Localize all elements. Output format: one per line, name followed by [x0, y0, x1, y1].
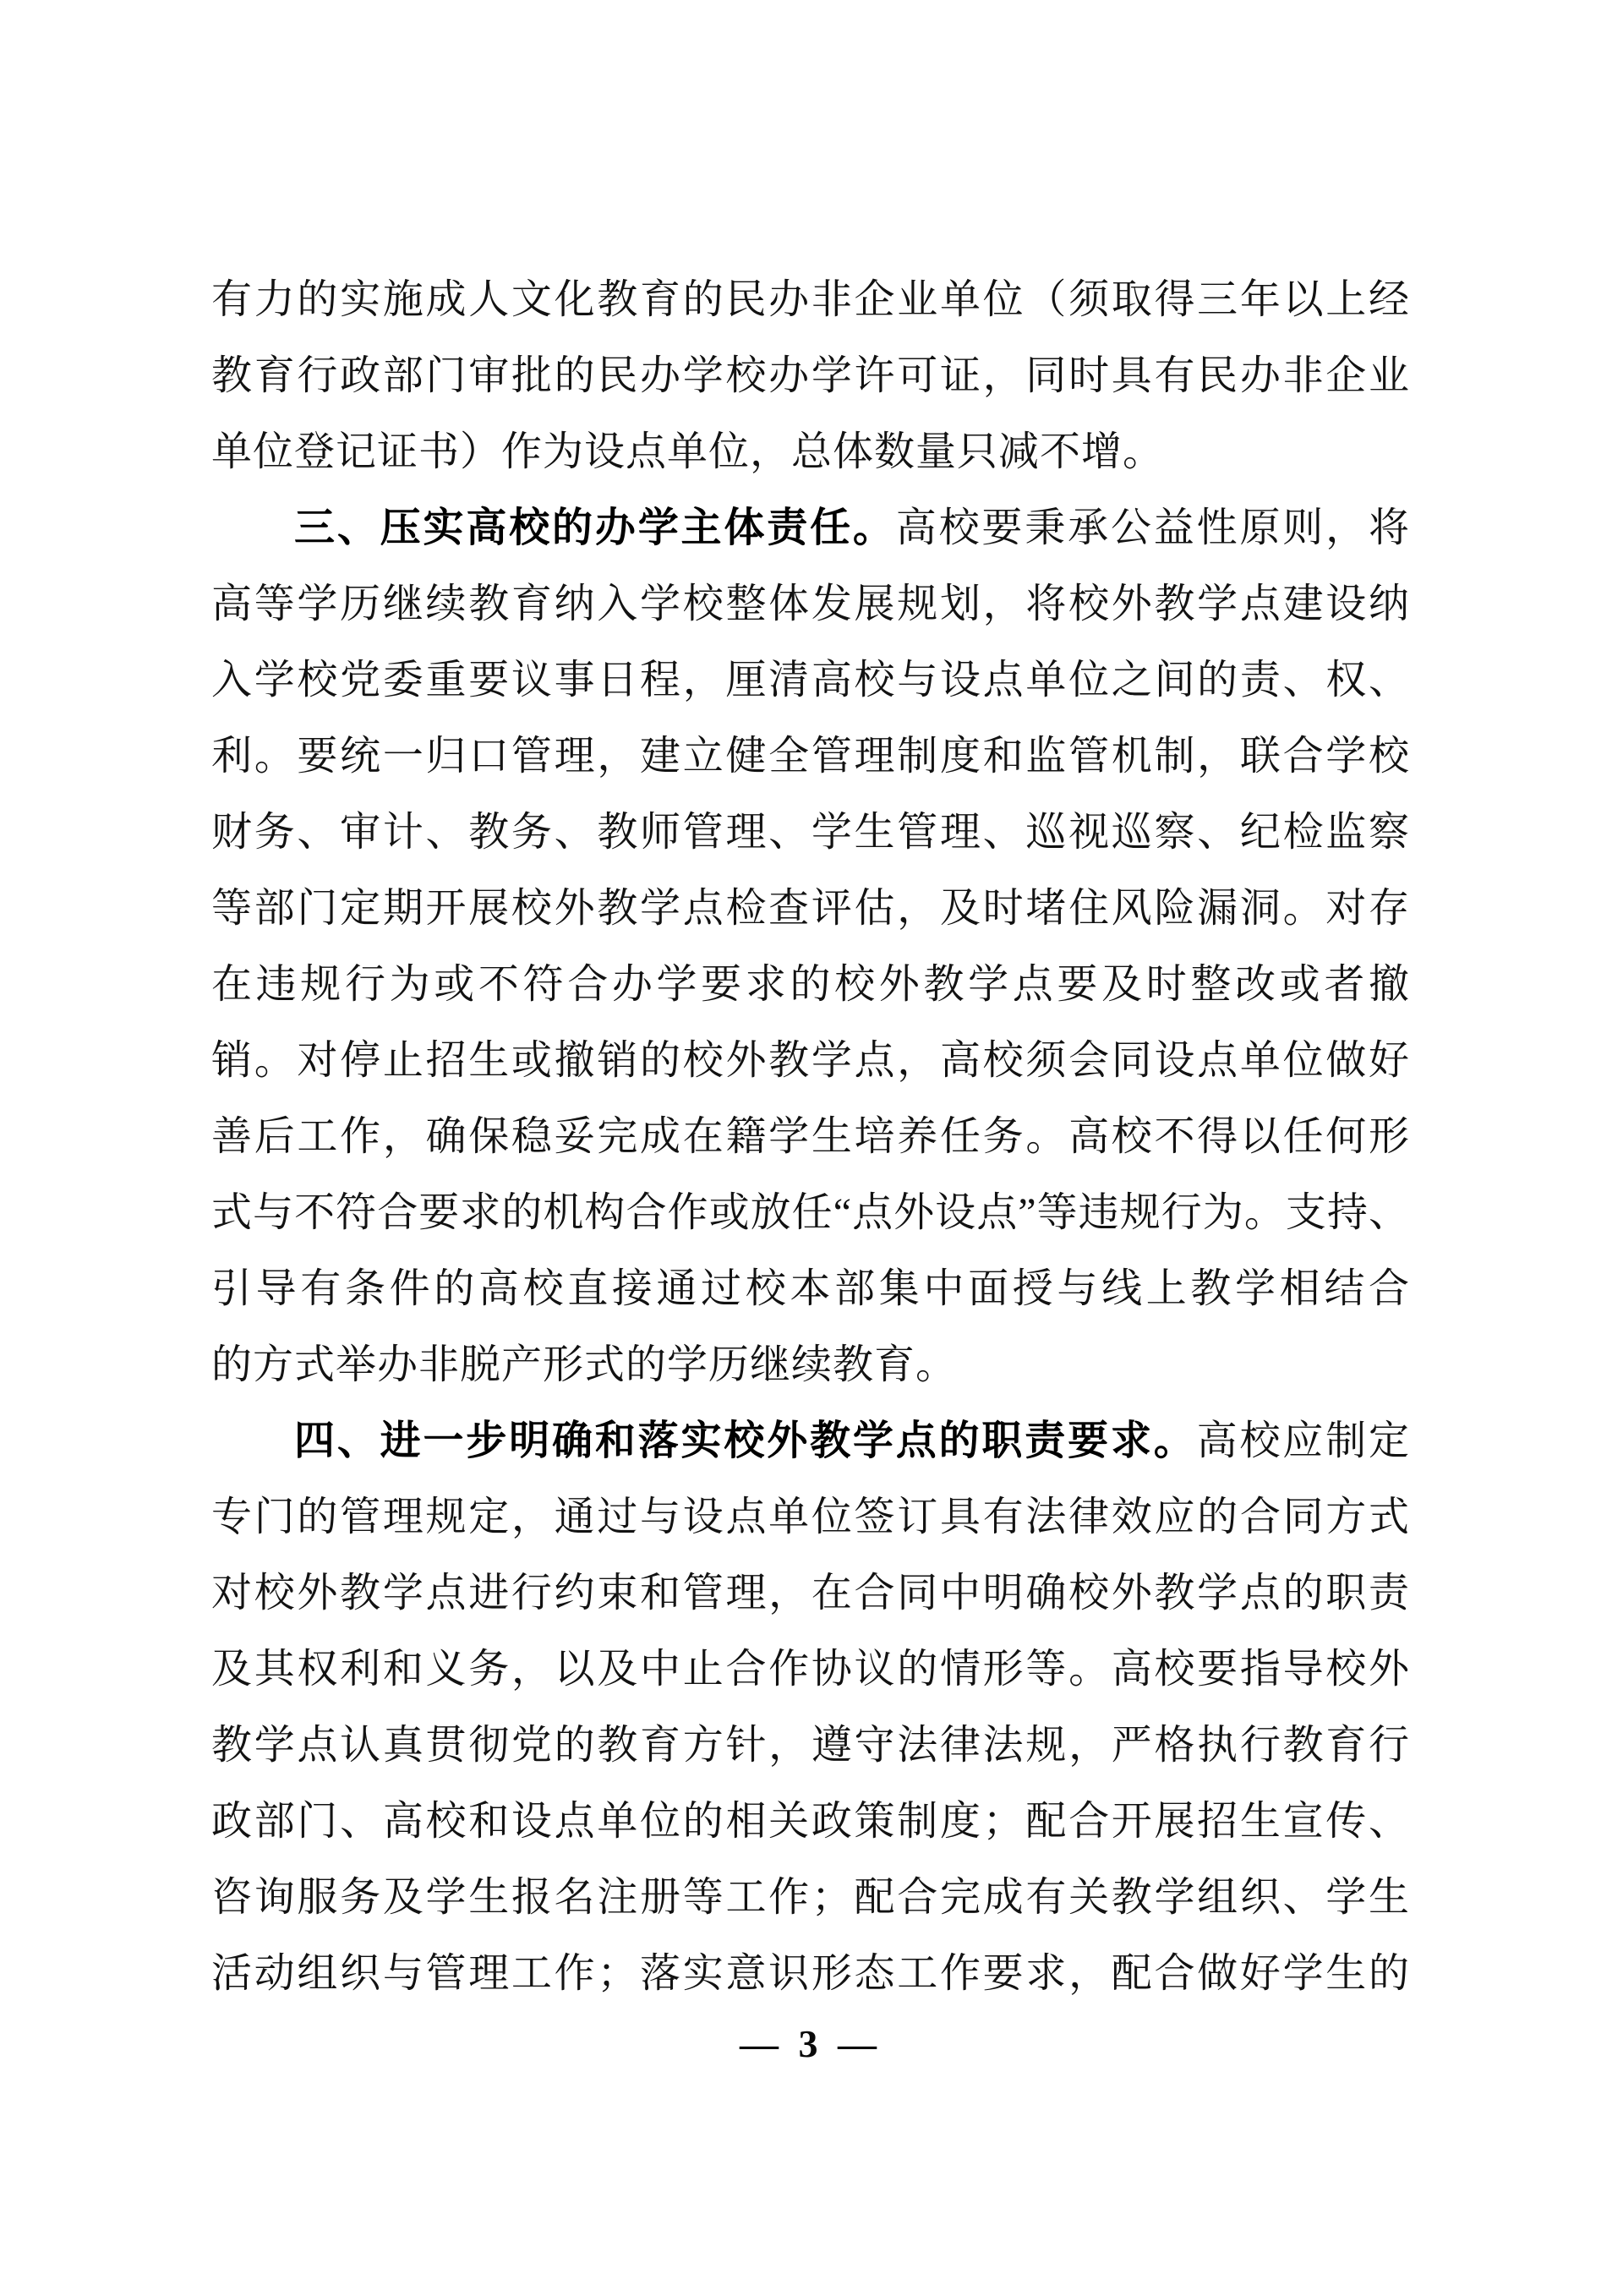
- text-line: 式与不符合要求的机构合作或放任“点外设点”等违规行为。支持、: [211, 1175, 1410, 1251]
- text-line: 入学校党委重要议事日程，厘清高校与设点单位之间的责、权、: [211, 642, 1410, 719]
- text-line-section-4: 四、进一步明确和落实校外教学点的职责要求。高校应制定: [211, 1403, 1410, 1479]
- text-line: 咨询服务及学生报名注册等工作；配合完成有关教学组织、学生: [211, 1860, 1410, 1936]
- text-line: 引导有条件的高校直接通过校本部集中面授与线上教学相结合: [211, 1251, 1410, 1327]
- document-body: 有力的实施成人文化教育的民办非企业单位（须取得三年以上经 教育行政部门审批的民办…: [211, 262, 1410, 2012]
- text-line: 高等学历继续教育纳入学校整体发展规划，将校外教学点建设纳: [211, 566, 1410, 642]
- page-number-footer: — 3 —: [211, 2019, 1410, 2069]
- document-page: 有力的实施成人文化教育的民办非企业单位（须取得三年以上经 教育行政部门审批的民办…: [0, 0, 1623, 2296]
- text-line: 利。要统一归口管理，建立健全管理制度和监管机制，联合学校: [211, 719, 1410, 795]
- text-line: 的方式举办非脱产形式的学历继续教育。: [211, 1327, 1410, 1403]
- text-line: 善后工作，确保稳妥完成在籍学生培养任务。高校不得以任何形: [211, 1099, 1410, 1175]
- text-line: 专门的管理规定，通过与设点单位签订具有法律效应的合同方式: [211, 1479, 1410, 1555]
- section-body-start: 高校应制定: [1197, 1419, 1410, 1463]
- text-line: 活动组织与管理工作；落实意识形态工作要求，配合做好学生的: [211, 1936, 1410, 2012]
- section-heading: 三、压实高校的办学主体责任。: [294, 506, 896, 550]
- text-line: 销。对停止招生或撤销的校外教学点，高校须会同设点单位做好: [211, 1023, 1410, 1099]
- section-heading: 四、进一步明确和落实校外教学点的职责要求。: [294, 1419, 1197, 1463]
- text-line: 财务、审计、教务、教师管理、学生管理、巡视巡察、纪检监察: [211, 795, 1410, 871]
- text-line: 教育行政部门审批的民办学校办学许可证，同时具有民办非企业: [211, 338, 1410, 414]
- section-body-start: 高校要秉承公益性原则，将: [896, 506, 1410, 550]
- text-line: 在违规行为或不符合办学要求的校外教学点要及时整改或者撤: [211, 947, 1410, 1023]
- text-line: 教学点认真贯彻党的教育方针，遵守法律法规，严格执行教育行: [211, 1708, 1410, 1784]
- text-line: 有力的实施成人文化教育的民办非企业单位（须取得三年以上经: [211, 262, 1410, 338]
- text-line: 等部门定期开展校外教学点检查评估，及时堵住风险漏洞。对存: [211, 871, 1410, 947]
- text-line: 单位登记证书）作为设点单位，总体数量只减不增。: [211, 414, 1410, 490]
- text-line: 对校外教学点进行约束和管理，在合同中明确校外教学点的职责: [211, 1555, 1410, 1632]
- text-line-section-3: 三、压实高校的办学主体责任。高校要秉承公益性原则，将: [211, 490, 1410, 566]
- text-line: 及其权利和义务，以及中止合作协议的情形等。高校要指导校外: [211, 1632, 1410, 1708]
- text-line: 政部门、高校和设点单位的相关政策制度；配合开展招生宣传、: [211, 1784, 1410, 1860]
